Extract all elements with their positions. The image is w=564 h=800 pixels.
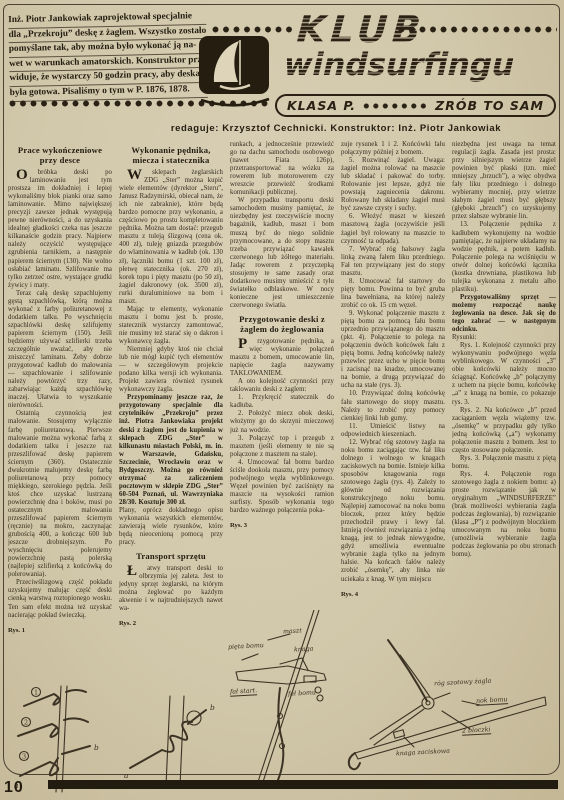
fig4-label-bloczki: 2 bloczki [462,726,491,735]
paragraph: 11. Umieścić listwy na odpowiednich kies… [341,423,445,439]
paragraph: niezbędna jest uwaga na temat regulacji … [452,141,556,221]
paragraph: Plany, oprócz dokładnego opisu wykonania… [119,507,223,547]
svg-text:b: b [94,743,99,752]
paragraph: Przeciwślizgową część pokładu uzyskujemy… [8,579,112,619]
column-heading: Prace wykończeniowe przy desce [10,145,110,165]
class-banner: KLASA P. ZRÓB TO SAM [275,94,556,117]
paragraph: 5. Rozwinąć żagiel. Uwaga: żagiel można … [341,157,445,213]
fig3-mast-boom-diagram: maszt knaga pięta bomu fał start. fał bo… [228,610,342,790]
fig4-boom-end-diagram: róg szotowy żagla nok bomu 2 bloczki kna… [330,635,560,780]
paragraph: 3. Połączyć top i przegub z masztem (jeś… [230,435,334,459]
paragraph: Rysunki: [452,334,556,342]
paragraph: 9. Wykonać połączenie masztu z piętą bom… [341,310,445,390]
fig3-label-fal-start: fał start. [230,687,258,696]
paragraph: 10. Przywiązać dolną końcówkę fału start… [341,390,445,422]
paragraph: Ostatnią czynnością jest malowanie. Stos… [8,410,112,579]
figure-caption: Rys. 1 [8,627,112,634]
paragraph: 12. Wybrać róg szotowy żagla na noku bom… [341,439,445,584]
dots-divider [362,102,429,110]
magazine-page: Inż. Piotr Jankowiak zaprojektował specj… [0,0,564,800]
paragraph: 8. Umocować fał startowy do pięty bomu. … [341,278,445,310]
svg-text:2: 2 [24,719,28,727]
svg-text:1: 1 [34,689,38,697]
fig3-label-maszt: maszt [283,628,302,636]
page-number: 10 [4,779,24,797]
paragraph: Mając te elementy, wykonanie masztu i bo… [119,306,223,346]
paragraph: A oto kolejność czynności przy taklowani… [230,378,334,394]
paragraph: zuje rysunek 1 i 2. Końcówki fału połącz… [341,141,445,157]
paragraph: 4. Umocować fał bomu bardzo ściśle dooko… [230,459,334,515]
fig1-knot-steps-diagram: 1 2 3 b a [6,684,116,794]
svg-text:3: 3 [22,753,26,761]
paragraph: Teraz całą deskę szpachlujemy gęstą szpa… [8,290,112,411]
svg-text:a: a [124,771,128,780]
figure-caption: Rys. 4 [341,591,445,598]
fig4-label-nok-bomu: nok bomu [476,696,508,706]
fig3-label-knaga: knaga [294,645,314,653]
paragraph: 2. Położyć miecz obok deski, włożymy go … [230,410,334,434]
sail-logo-icon [198,36,272,112]
byline: redaguje: Krzysztof Cechnicki. Konstrukt… [112,123,560,134]
paragraph: W sklepach żeglarskich ZDG „Ster” można … [119,169,223,306]
bottom-rule [48,780,558,789]
banner-left-label: KLASA P. [287,98,356,113]
figure-caption: Rys. 3 [230,522,334,529]
column-heading: Wykonanie pędnika, miecza i statecznika [121,145,221,165]
paragraph: Obróbka deski po laminowaniu jest tym pr… [8,169,112,290]
paragraph: Przygotowaliśmy sprzęt — możemy rozpoczą… [452,294,556,334]
paragraph: 13. Połączenie pędnika z kadłubem wykonu… [452,221,556,293]
intro-box: Inż. Piotr Jankowiak zaprojektował specj… [8,10,208,102]
paragraph: Przypominamy jeszcze raz, że przygotowan… [119,394,223,507]
paragraph: Rys. 2. Na końcówce „b” przed zaciąganie… [452,407,556,455]
paragraph: Rys. 3. Połączenie masztu z piętą bomu. [452,455,556,471]
column-heading: Przygotowanie deski z żaglem do żeglowan… [232,314,332,334]
paragraph: Niemniej gdyby ktoś nie chciał lub nie m… [119,346,223,394]
banner-right-label: ZRÓB TO SAM [435,98,544,113]
paragraph: Łatwy transport deski to olbrzymia jej z… [119,565,223,613]
masthead-title-klub: KLUB [295,8,426,51]
paragraph: 7. Wybrać róg halsowy żagla linką zwaną … [341,246,445,278]
paragraph: runkach, a jednocześnie przewieźć go na … [230,141,334,197]
column-heading: Transport sprzętu [121,551,221,561]
paragraph: Rys. 1. Kolejność czynności przy wykonyw… [452,342,556,406]
masthead-title-windsurfingu: windsurfingu [283,47,562,83]
figure-caption: Rys. 2 [119,620,223,627]
paragraph: Przygotowanie pędnika, a więc wykonanie … [230,338,334,378]
svg-text:b: b [210,703,215,712]
paragraph: 6. Włożyć maszt w kieszeń masztową żagla… [341,213,445,245]
paragraph: W przypadku transportu deski samochodem … [230,197,334,310]
fig3-label-fal-bomu: fał bomu [288,689,316,697]
fig2-knot-diagram: a b [118,694,230,789]
paragraph: Rys. 4. Połączenie rogu szotowego żagla … [452,471,556,560]
paragraph: 1. Przykręcić statecznik do kadłuba. [230,394,334,410]
dots-divider [211,25,293,34]
